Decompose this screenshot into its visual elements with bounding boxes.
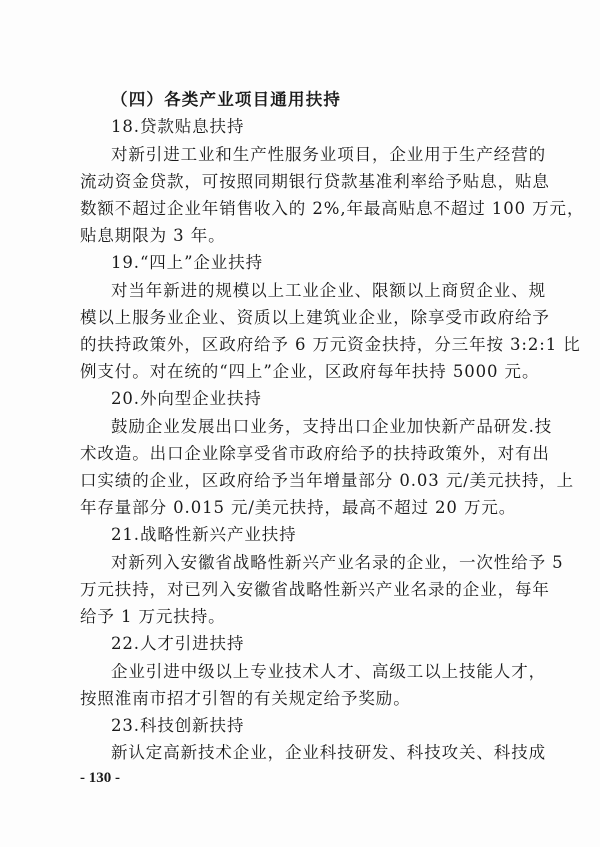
item-title-22: 22.人才引进扶持 (111, 634, 540, 654)
paragraph-line: 万元扶持，对已列入安徽省战略性新兴产业名录的企业，每年 (80, 580, 540, 600)
paragraph-line: 鼓励企业发展出口业务，支持出口企业加快新产品研发.技 (111, 417, 540, 437)
paragraph-line: 对新引进工业和生产性服务业项目，企业用于生产经营的 (111, 145, 540, 165)
item-title-18: 18.贷款贴息扶持 (111, 117, 540, 137)
paragraph-line: 给予 1 万元扶持。 (80, 607, 540, 627)
paragraph-line: 的扶持政策外，区政府给予 6 万元资金扶持，分三年按 3:2:1 比 (80, 335, 540, 355)
page-number: - 130 - (80, 770, 120, 787)
section-heading: （四）各类产业项目通用扶持 (111, 90, 571, 110)
paragraph-line: 流动资金贷款，可按照同期银行贷款基准利率给予贴息，贴息 (80, 172, 540, 192)
paragraph-line: 例支付。对在统的“四上”企业，区政府每年扶持 5000 元。 (80, 362, 540, 382)
item-title-19: 19.“四上”企业扶持 (111, 253, 540, 273)
item-title-23: 23.科技创新扶持 (111, 716, 540, 736)
paragraph-line: 对当年新进的规模以上工业企业、限额以上商贸企业、规 (111, 281, 540, 301)
paragraph-line: 数额不超过企业年销售收入的 2%,年最高贴息不超过 100 万元， (80, 199, 540, 219)
paragraph-line: 贴息期限为 3 年。 (80, 226, 540, 246)
item-title-21: 21.战略性新兴产业扶持 (111, 525, 540, 545)
paragraph-line: 模以上服务业企业、资质以上建筑业企业，除享受市政府给予 (80, 308, 540, 328)
paragraph-line: 新认定高新技术企业，企业科技研发、科技攻关、科技成 (111, 743, 540, 763)
paragraph-line: 术改造。出口企业除享受省市政府给予的扶持政策外，对有出 (80, 444, 540, 464)
paragraph-line: 口实绩的企业，区政府给予当年增量部分 0.03 元/美元扶持，上 (80, 471, 540, 491)
item-title-20: 20.外向型企业扶持 (111, 389, 540, 409)
paragraph-line: 对新列入安徽省战略性新兴产业名录的企业，一次性给予 5 (111, 553, 540, 573)
paragraph-line: 年存量部分 0.015 元/美元扶持，最高不超过 20 万元。 (80, 498, 540, 518)
paragraph-line: 按照淮南市招才引智的有关规定给予奖励。 (80, 689, 540, 709)
document-page: （四）各类产业项目通用扶持 18.贷款贴息扶持 对新引进工业和生产性服务业项目，… (0, 0, 600, 847)
paragraph-line: 企业引进中级以上专业技术人才、高级工以上技能人才， (111, 662, 540, 682)
